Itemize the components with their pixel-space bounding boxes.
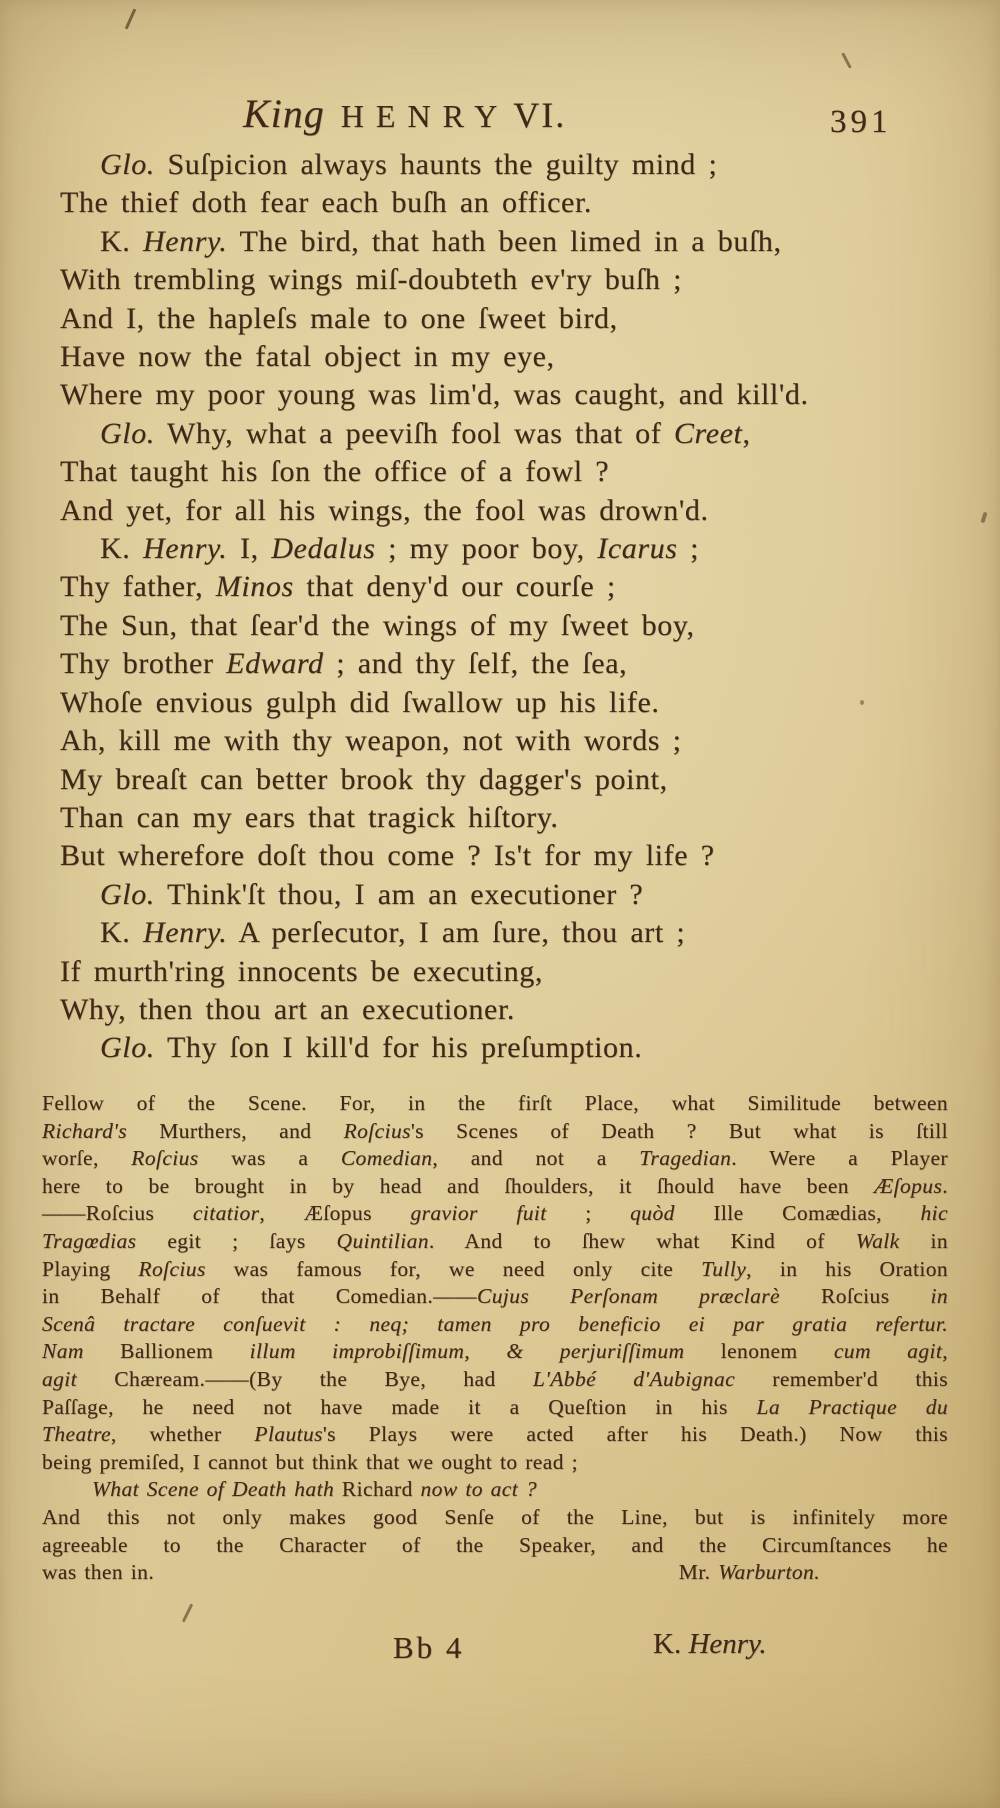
- footnote-line: Theatre, whether Plautus's Plays were ac…: [42, 1421, 948, 1449]
- roman-text: 's Plays were acted after his Death.) No…: [323, 1422, 948, 1446]
- roman-text: remember'd this: [735, 1367, 948, 1391]
- footnote-line: being premiſed, I cannot but think that …: [42, 1449, 948, 1477]
- roman-text: ;: [547, 1201, 631, 1225]
- roman-text: A perſecutor, I am ſure, thou art ;: [227, 916, 685, 949]
- book-page: KingHENRY VI. 391 Glo. Suſpicion always …: [0, 0, 1000, 1808]
- roman-text: worſe,: [42, 1146, 131, 1170]
- italic-text: La Practique du: [756, 1395, 948, 1419]
- italic-text: L'Abbé d'Aubignac: [533, 1367, 735, 1391]
- italic-text: quòd: [630, 1201, 675, 1225]
- roman-text: was then in.: [42, 1559, 154, 1587]
- italic-text: Tragœdias: [42, 1229, 136, 1253]
- italic-text: gravior fuit: [410, 1201, 546, 1225]
- footnote-line: Paſſage, he need not have made it a Queſ…: [42, 1394, 948, 1422]
- catchword: K. Henry.: [653, 1628, 767, 1661]
- roman-text: , and not a: [432, 1146, 639, 1170]
- roman-text: If murth'ring innocents be executing,: [60, 955, 543, 988]
- roman-text: Ah, kill me with thy weapon, not with wo…: [60, 724, 682, 757]
- roman-text: lenonem: [684, 1339, 833, 1363]
- italic-text: Plautus: [254, 1422, 323, 1446]
- roman-text: Thy ſon I kill'd for his preſumption.: [155, 1031, 642, 1064]
- italic-text: Tully: [701, 1257, 746, 1281]
- italic-text: Glo.: [100, 148, 155, 181]
- verse-line: And I, the hapleſs male to one ſweet bir…: [60, 300, 952, 338]
- roman-text: K.: [100, 916, 143, 949]
- footnote-line: agit Chæream.——(By the Bye, had L'Abbé d…: [42, 1366, 948, 1394]
- italic-text: now to act ?: [421, 1477, 538, 1501]
- roman-text: K.: [100, 532, 143, 565]
- roman-text: Think'ſt thou, I am an executioner ?: [155, 878, 643, 911]
- ink-speck: [125, 8, 137, 29]
- roman-text: agreeable to the Character of the Speake…: [42, 1533, 948, 1557]
- roman-text: ——Roſcius: [42, 1201, 193, 1225]
- footnote-line: Tragœdias egit ; ſays Quintilian. And to…: [42, 1228, 948, 1256]
- roman-text: Why, then thou art an executioner.: [60, 993, 515, 1026]
- footnote-line: ——Roſcius citatior, Æſopus gravior fuit …: [42, 1200, 948, 1228]
- italic-text: Henry.: [688, 1628, 766, 1660]
- verse-line: Ah, kill me with thy weapon, not with wo…: [60, 722, 952, 760]
- roman-text: And yet, for all his wings, the fool was…: [60, 494, 709, 527]
- footnote-line: here to be brought in by head and ſhould…: [42, 1173, 948, 1201]
- italic-text: citatior: [193, 1201, 260, 1225]
- roman-text: was famous for, we need only cite: [206, 1257, 701, 1281]
- verse-line: Glo. Suſpicion always haunts the guilty …: [60, 146, 952, 184]
- roman-text: , Æſopus: [259, 1201, 410, 1225]
- italic-text: Cujus Perſonam præclarè: [477, 1284, 780, 1308]
- roman-text: ; my poor boy,: [375, 532, 597, 565]
- roman-text: ,: [942, 1339, 948, 1363]
- verse-line: Thy brother Edward ; and thy ſelf, the ſ…: [60, 645, 952, 683]
- italic-text: Henry.: [143, 225, 227, 258]
- roman-text: in: [900, 1229, 948, 1253]
- footnote-commentary: Fellow of the Scene. For, in the firſt P…: [42, 1090, 948, 1587]
- verse-line: Whoſe envious gulph did ſwallow up his l…: [60, 684, 952, 722]
- roman-text: Suſpicion always haunts the guilty mind …: [155, 148, 718, 181]
- verse-line: K. Henry. I, Dedalus ; my poor boy, Icar…: [60, 530, 952, 568]
- roman-text: Murthers, and: [127, 1119, 344, 1143]
- title-word-henry: HENRY: [341, 98, 509, 134]
- roman-text: being premiſed, I cannot but think that …: [42, 1450, 578, 1474]
- verse-line: The thief doth fear each buſh an officer…: [60, 184, 952, 222]
- roman-text: , whether: [111, 1422, 255, 1446]
- running-header-title: KingHENRY VI.: [243, 90, 566, 137]
- italic-text: agit: [42, 1367, 77, 1391]
- roman-text: egit ; ſays: [136, 1229, 336, 1253]
- footnote-line: agreeable to the Character of the Speake…: [42, 1532, 948, 1560]
- play-dialogue: Glo. Suſpicion always haunts the guilty …: [60, 146, 952, 1068]
- roman-text: Playing: [42, 1257, 138, 1281]
- roman-text: And this not only makes good Senſe of th…: [42, 1505, 948, 1529]
- roman-text: K.: [100, 225, 143, 258]
- italic-text: Scenâ tractare conſuevit : neq; tamen pr…: [42, 1312, 948, 1336]
- roman-text: With trembling wings miſ-doubteth ev'ry …: [60, 263, 682, 296]
- roman-text: Than can my ears that tragick hiſtory.: [60, 801, 559, 834]
- roman-text: Fellow of the Scene. For, in the firſt P…: [42, 1091, 948, 1115]
- italic-text: Richard's: [42, 1119, 127, 1143]
- italic-text: Glo.: [100, 878, 155, 911]
- italic-text: Quintilian: [337, 1229, 429, 1253]
- verse-line: Have now the fatal object in my eye,: [60, 338, 952, 376]
- roman-text: Paſſage, he need not have made it a Queſ…: [42, 1395, 756, 1419]
- italic-text: Minos: [216, 570, 294, 603]
- verse-line: Why, then thou art an executioner.: [60, 991, 952, 1029]
- page-number: 391: [830, 104, 892, 141]
- roman-text: I,: [227, 532, 271, 565]
- footnote-line: And this not only makes good Senſe of th…: [42, 1504, 948, 1532]
- verse-line: K. Henry. A perſecutor, I am ſure, thou …: [60, 914, 952, 952]
- roman-text: . Were a Player: [731, 1146, 948, 1170]
- verse-line: Than can my ears that tragick hiſtory.: [60, 799, 952, 837]
- verse-line: Glo. Think'ſt thou, I am an executioner …: [60, 876, 952, 914]
- roman-text: K.: [653, 1628, 688, 1660]
- verse-line: Glo. Thy ſon I kill'd for his preſumptio…: [60, 1029, 952, 1067]
- verse-line: My breaſt can better brook thy dagger's …: [60, 761, 952, 799]
- italic-text: Tragedian: [639, 1146, 731, 1170]
- footnote-line: Fellow of the Scene. For, in the firſt P…: [42, 1090, 948, 1118]
- roman-text: Thy father,: [60, 570, 216, 603]
- verse-line: Thy father, Minos that deny'd our courſe…: [60, 568, 952, 606]
- verse-line: Glo. Why, what a peeviſh fool was that o…: [60, 415, 952, 453]
- italic-text: illum improbiſſimum, & perjuriſſimum: [250, 1339, 685, 1363]
- italic-text: Warburton.: [718, 1560, 820, 1584]
- roman-text: , in his Oration: [746, 1257, 948, 1281]
- italic-text: Creet: [674, 417, 743, 450]
- verse-line: Where my poor young was lim'd, was caugh…: [60, 376, 952, 414]
- ink-speck: [182, 1603, 193, 1622]
- italic-text: Roſcius: [344, 1119, 411, 1143]
- verse-line: But wherefore doſt thou come ? Is't for …: [60, 837, 952, 875]
- italic-text: Edward: [226, 647, 324, 680]
- footnote-line: Nam Ballionem illum improbiſſimum, & per…: [42, 1338, 948, 1366]
- italic-text: Roſcius: [131, 1146, 198, 1170]
- roman-text: Ille Comædias,: [675, 1201, 921, 1225]
- verse-line: The Sun, that ſear'd the wings of my ſwe…: [60, 607, 952, 645]
- attribution: Mr. Warburton.: [679, 1559, 948, 1587]
- roman-text: was a: [199, 1146, 341, 1170]
- footnote-line: Playing Roſcius was famous for, we need …: [42, 1256, 948, 1284]
- roman-text: 's Scenes of Death ? But what is ſtill: [411, 1119, 948, 1143]
- italic-text: hic: [921, 1201, 948, 1225]
- italic-text: Henry.: [143, 532, 227, 565]
- roman-text: Mr.: [679, 1560, 718, 1584]
- title-word-king: King: [243, 91, 325, 136]
- footnote-line: in Behalf of that Comedian.——Cujus Perſo…: [42, 1283, 948, 1311]
- italic-text: Icarus: [597, 532, 677, 565]
- roman-text: Whoſe envious gulph did ſwallow up his l…: [60, 686, 660, 719]
- roman-text: Thy brother: [60, 647, 226, 680]
- italic-text: What Scene of Death hath: [92, 1477, 334, 1501]
- roman-text: that deny'd our courſe ;: [294, 570, 616, 603]
- roman-text: Richard: [334, 1477, 420, 1501]
- roman-text: Roſcius: [780, 1284, 931, 1308]
- italic-text: Glo.: [100, 1031, 155, 1064]
- footnote-line: worſe, Roſcius was a Comedian, and not a…: [42, 1145, 948, 1173]
- italic-text: Glo.: [100, 417, 155, 450]
- roman-text: ,: [742, 417, 750, 450]
- verse-line: That taught his ſon the office of a fowl…: [60, 453, 952, 491]
- footnote-line: Scenâ tractare conſuevit : neq; tamen pr…: [42, 1311, 948, 1339]
- roman-text: ;: [678, 532, 700, 565]
- footnote-line: Richard's Murthers, and Roſcius's Scenes…: [42, 1118, 948, 1146]
- italic-text: Æſopus: [874, 1174, 942, 1198]
- roman-text: Have now the fatal object in my eye,: [60, 340, 555, 373]
- roman-text: in Behalf of that Comedian.——: [42, 1284, 477, 1308]
- italic-text: cum agit: [834, 1339, 942, 1363]
- italic-text: in: [930, 1284, 948, 1308]
- roman-text: The Sun, that ſear'd the wings of my ſwe…: [60, 609, 695, 642]
- roman-text: Ballionem: [84, 1339, 250, 1363]
- verse-line: If murth'ring innocents be executing,: [60, 953, 952, 991]
- footnote-line: was then in.Mr. Warburton.: [42, 1559, 948, 1587]
- signature-mark: Bb 4: [393, 1630, 464, 1666]
- roman-text: Chæream.——(By the Bye, had: [77, 1367, 533, 1391]
- roman-text: Where my poor young was lim'd, was caugh…: [60, 378, 809, 411]
- verse-line: With trembling wings miſ-doubteth ev'ry …: [60, 261, 952, 299]
- roman-text: here to be brought in by head and ſhould…: [42, 1174, 874, 1198]
- roman-text: That taught his ſon the office of a fowl…: [60, 455, 609, 488]
- italic-text: Theatre: [42, 1422, 111, 1446]
- verse-line: And yet, for all his wings, the fool was…: [60, 492, 952, 530]
- ink-speck: [841, 52, 852, 68]
- roman-text: . And to ſhew what Kind of: [429, 1229, 856, 1253]
- roman-text: My breaſt can better brook thy dagger's …: [60, 763, 668, 796]
- roman-text: But wherefore doſt thou come ? Is't for …: [60, 839, 715, 872]
- ink-speck: [980, 512, 987, 524]
- roman-text: The thief doth fear each buſh an officer…: [60, 186, 592, 219]
- italic-text: Nam: [42, 1339, 84, 1363]
- italic-text: Comedian: [341, 1146, 433, 1170]
- roman-text: Why, what a peeviſh fool was that of: [155, 417, 674, 450]
- italic-text: Walk: [856, 1229, 900, 1253]
- italic-text: Roſcius: [138, 1257, 205, 1281]
- italic-text: Henry.: [143, 916, 227, 949]
- roman-text: And I, the hapleſs male to one ſweet bir…: [60, 302, 618, 335]
- italic-text: Dedalus: [271, 532, 375, 565]
- verse-line: K. Henry. The bird, that hath been limed…: [60, 223, 952, 261]
- roman-text: .: [942, 1174, 948, 1198]
- roman-text: ; and thy ſelf, the ſea,: [324, 647, 628, 680]
- roman-text: The bird, that hath been limed in a buſh…: [227, 225, 781, 258]
- footnote-line: What Scene of Death hath Richard now to …: [42, 1476, 948, 1504]
- title-word-numeral: VI.: [513, 95, 566, 135]
